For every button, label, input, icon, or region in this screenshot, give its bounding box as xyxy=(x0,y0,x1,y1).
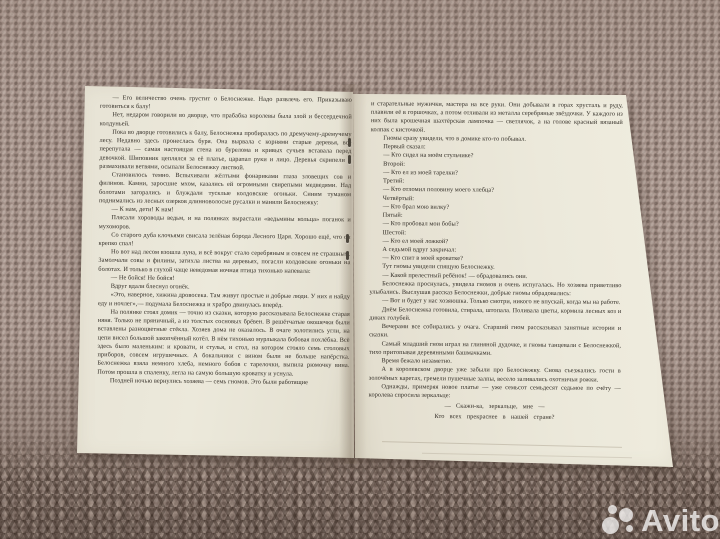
paragraph: — Скажи-ка, зеркальце, мне — xyxy=(369,401,621,412)
staple xyxy=(348,155,351,164)
open-book: — Его величество очень грустит о Белосне… xyxy=(0,0,720,539)
paragraph: Но вот над лесом взошла луна, и всё вокр… xyxy=(98,247,350,275)
paragraph: и старательные мужички, мастера на все р… xyxy=(371,99,623,135)
photo-scene: — Его величество очень грустит о Белосне… xyxy=(0,0,720,539)
paragraph: Самый младший гном играл на глиняной дуд… xyxy=(369,339,621,358)
paragraph: Днём Белоснежка готовила, стирала, штопа… xyxy=(369,305,621,324)
staple xyxy=(346,251,349,260)
page-crease xyxy=(382,441,622,448)
paragraph: Однажды, примеряя новое платье — уже сем… xyxy=(369,382,621,401)
paragraph: Кто всех прекраснее в нашей стране? xyxy=(368,411,620,422)
book-page-left: — Его величество очень грустит о Белосне… xyxy=(76,82,355,460)
paragraph: Становилось темно. Вспыхивали жёлтыми фо… xyxy=(99,170,351,207)
paragraph: На полянке стоял домик — точно из сказки… xyxy=(97,307,350,378)
right-page-text: и старательные мужички, мастера на все р… xyxy=(368,99,623,422)
left-page-text: — Его величество очень грустит о Белосне… xyxy=(97,93,352,387)
book-page-right: и старательные мужички, мастера на все р… xyxy=(352,86,675,470)
paragraph: Поздней ночью вернулись хозяева — семь г… xyxy=(97,376,349,387)
staple xyxy=(348,138,351,147)
page-crease xyxy=(422,453,632,458)
paragraph: А в королевском дворце уже забыли про Бе… xyxy=(369,364,621,383)
paragraph: Пока во дворце готовились к балу, Белосн… xyxy=(99,127,351,172)
paragraph: Белоснежка проснулась, увидела гномов и … xyxy=(369,279,621,298)
paragraph: Вечерами все собирались у очага. Старший… xyxy=(369,322,621,341)
staple xyxy=(346,234,349,243)
